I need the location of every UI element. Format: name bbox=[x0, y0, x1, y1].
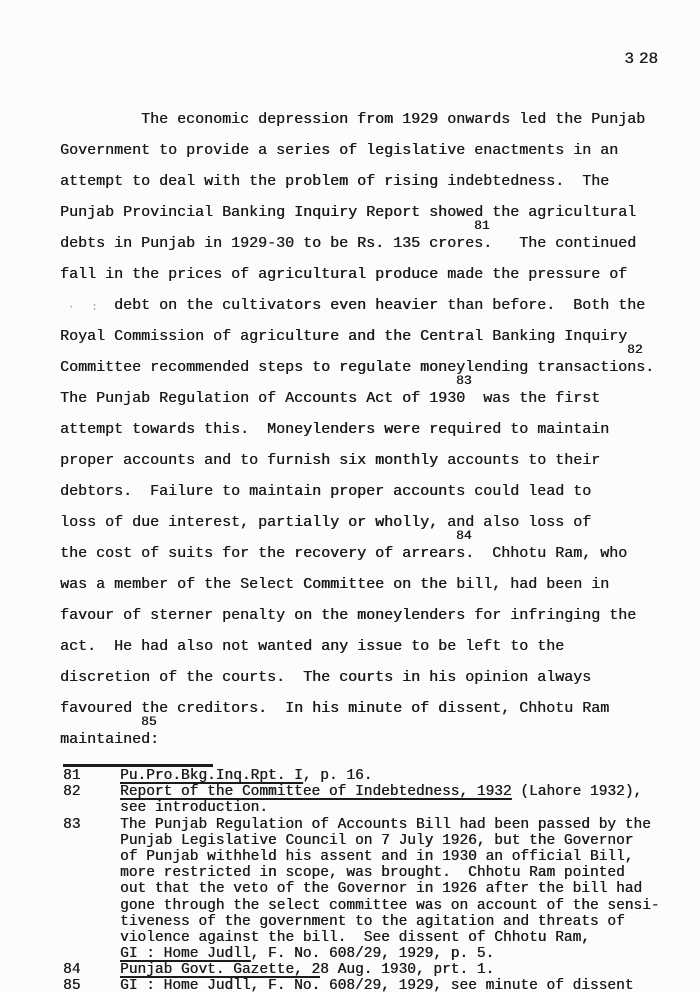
body-line: Government to provide a series of legisl… bbox=[60, 135, 684, 166]
body-line: was a member of the Select Committee on … bbox=[60, 569, 684, 600]
footnote-marker: 85 bbox=[141, 715, 157, 728]
footnote-marker: 82 bbox=[627, 343, 643, 356]
body-line: debts in Punjab in 1929-30 to be Rs. 135… bbox=[60, 228, 684, 259]
body-line-text: debts in Punjab in 1929-30 to be Rs. 135… bbox=[60, 235, 636, 252]
body-line: fall in the prices of agricultural produ… bbox=[60, 259, 684, 290]
body-line-text: was a member of the Select Committee on … bbox=[60, 576, 609, 593]
footnote-text: out that the veto of the Governor in 192… bbox=[120, 881, 642, 897]
footnote-separator-rule bbox=[63, 764, 213, 767]
footnote-line: GI : Home Judll, F. No. 608/29, 1929, p.… bbox=[63, 946, 687, 962]
footnote-text: , F. No. 608/29, 1929, p. 5. bbox=[251, 946, 495, 962]
footnote-line: of Punjab withheld his assent and in 193… bbox=[63, 849, 687, 865]
page-number: 328 bbox=[624, 50, 658, 68]
body-line: maintained:85 bbox=[60, 724, 684, 755]
footnote-text: , 28 Aug. 1930, prt. 1. bbox=[294, 962, 494, 978]
body-line: act. He had also not wanted any issue to… bbox=[60, 631, 684, 662]
body-line-text: debt on the cultivators even heavier tha… bbox=[60, 297, 645, 314]
footnote-line: out that the veto of the Governor in 192… bbox=[63, 881, 687, 897]
footnote-line: violence against the bill. See dissent o… bbox=[63, 930, 687, 946]
footnote-line: gone through the select committee was on… bbox=[63, 898, 687, 914]
footnote-line: 82Report of the Committee of Indebtednes… bbox=[63, 784, 687, 800]
body-line-text: discretion of the courts. The courts in … bbox=[60, 669, 591, 686]
body-line-text: attempt to deal with the problem of risi… bbox=[60, 173, 609, 190]
footnote-number: 83 bbox=[63, 817, 80, 833]
scan-smudge: · : bbox=[68, 293, 103, 324]
body-line-text: loss of due interest, partially or wholl… bbox=[60, 514, 591, 531]
body-line: favour of sterner penalty on the moneyle… bbox=[60, 600, 684, 631]
footnote-text: of Punjab withheld his assent and in 193… bbox=[120, 849, 633, 865]
body-line: loss of due interest, partially or wholl… bbox=[60, 507, 684, 538]
footnote-number: 81 bbox=[63, 768, 80, 784]
footnote-text: The Punjab Regulation of Accounts Bill h… bbox=[120, 817, 651, 833]
footnote-marker: 83 bbox=[456, 374, 472, 387]
footnote-text: Punjab Legislative Council on 7 July 192… bbox=[120, 833, 633, 849]
body-line-text: fall in the prices of agricultural produ… bbox=[60, 266, 627, 283]
footnote-line: see introduction. bbox=[63, 800, 687, 816]
body-line-text: act. He had also not wanted any issue to… bbox=[60, 638, 564, 655]
body-line-text: favour of sterner penalty on the moneyle… bbox=[60, 607, 636, 624]
footnotes-section: 81Pu.Pro.Bkg.Inq.Rpt. I, p. 16.82Report … bbox=[63, 768, 687, 992]
body-line: attempt towards this. Moneylenders were … bbox=[60, 414, 684, 445]
body-line: The Punjab Regulation of Accounts Act of… bbox=[60, 383, 684, 414]
footnote-line: more restricted in scope, was brought. C… bbox=[63, 865, 687, 881]
body-line-text: proper accounts and to furnish six month… bbox=[60, 452, 600, 469]
footnote-text: violence against the bill. See dissent o… bbox=[120, 930, 590, 946]
body-line-text: Committee recommended steps to regulate … bbox=[60, 359, 654, 376]
footnote-number: 84 bbox=[63, 962, 80, 978]
footnote-number: 82 bbox=[63, 784, 80, 800]
body-line: debtors. Failure to maintain proper acco… bbox=[60, 476, 684, 507]
body-line-text: The Punjab Regulation of Accounts Act of… bbox=[60, 390, 600, 407]
body-line: Committee recommended steps to regulate … bbox=[60, 352, 684, 383]
footnote-line: 85GI : Home Judll, F. No. 608/29, 1929, … bbox=[63, 978, 687, 992]
citation-title: GI : Home Judll bbox=[120, 946, 251, 962]
body-line-text: The economic depression from 1929 onward… bbox=[60, 111, 645, 128]
footnote-text: tiveness of the government to the agitat… bbox=[120, 914, 625, 930]
body-line: Punjab Provincial Banking Inquiry Report… bbox=[60, 197, 684, 228]
body-line-text: Royal Commission of agriculture and the … bbox=[60, 328, 627, 345]
footnote-number: 85 bbox=[63, 978, 80, 992]
body-line: the cost of suits for the recovery of ar… bbox=[60, 538, 684, 569]
footnote-text: see introduction. bbox=[120, 800, 268, 816]
document-page: 328 The economic depression from 1929 on… bbox=[0, 0, 700, 992]
citation-title: Pu.Pro.Bkg.Inq.Rpt. I bbox=[120, 768, 303, 784]
body-line: debt on the cultivators even heavier tha… bbox=[60, 290, 684, 321]
footnote-marker: 84 bbox=[456, 529, 472, 542]
footnote-text: (Lahore 1932), bbox=[512, 784, 643, 800]
footnote-line: tiveness of the government to the agitat… bbox=[63, 914, 687, 930]
body-line: discretion of the courts. The courts in … bbox=[60, 662, 684, 693]
footnote-line: 81Pu.Pro.Bkg.Inq.Rpt. I, p. 16. bbox=[63, 768, 687, 784]
footnote-marker: 81 bbox=[474, 219, 490, 232]
body-line: proper accounts and to furnish six month… bbox=[60, 445, 684, 476]
body-line-text: maintained: bbox=[60, 731, 159, 748]
body-line: attempt to deal with the problem of risi… bbox=[60, 166, 684, 197]
body-line-text: Punjab Provincial Banking Inquiry Report… bbox=[60, 204, 636, 221]
body-line-text: debtors. Failure to maintain proper acco… bbox=[60, 483, 591, 500]
body-line-text: attempt towards this. Moneylenders were … bbox=[60, 421, 609, 438]
footnote-line: 83The Punjab Regulation of Accounts Bill… bbox=[63, 817, 687, 833]
body-line-text: the cost of suits for the recovery of ar… bbox=[60, 545, 627, 562]
citation-title: GI : Home Judll, F. No. bbox=[120, 976, 320, 992]
body-line-text: Government to provide a series of legisl… bbox=[60, 142, 618, 159]
footnote-text: , p. 16. bbox=[303, 768, 373, 784]
citation-title: Report of the Committee of Indebtedness,… bbox=[120, 784, 512, 800]
body-line: Royal Commission of agriculture and the … bbox=[60, 321, 684, 352]
footnote-text: more restricted in scope, was brought. C… bbox=[120, 865, 625, 881]
footnote-text: 608/29, 1929, see minute of dissent bbox=[320, 978, 633, 992]
footnote-text: gone through the select committee was on… bbox=[120, 898, 660, 914]
body-line: The economic depression from 1929 onward… bbox=[60, 104, 684, 135]
footnote-line: Punjab Legislative Council on 7 July 192… bbox=[63, 833, 687, 849]
body-text: The economic depression from 1929 onward… bbox=[60, 104, 684, 755]
